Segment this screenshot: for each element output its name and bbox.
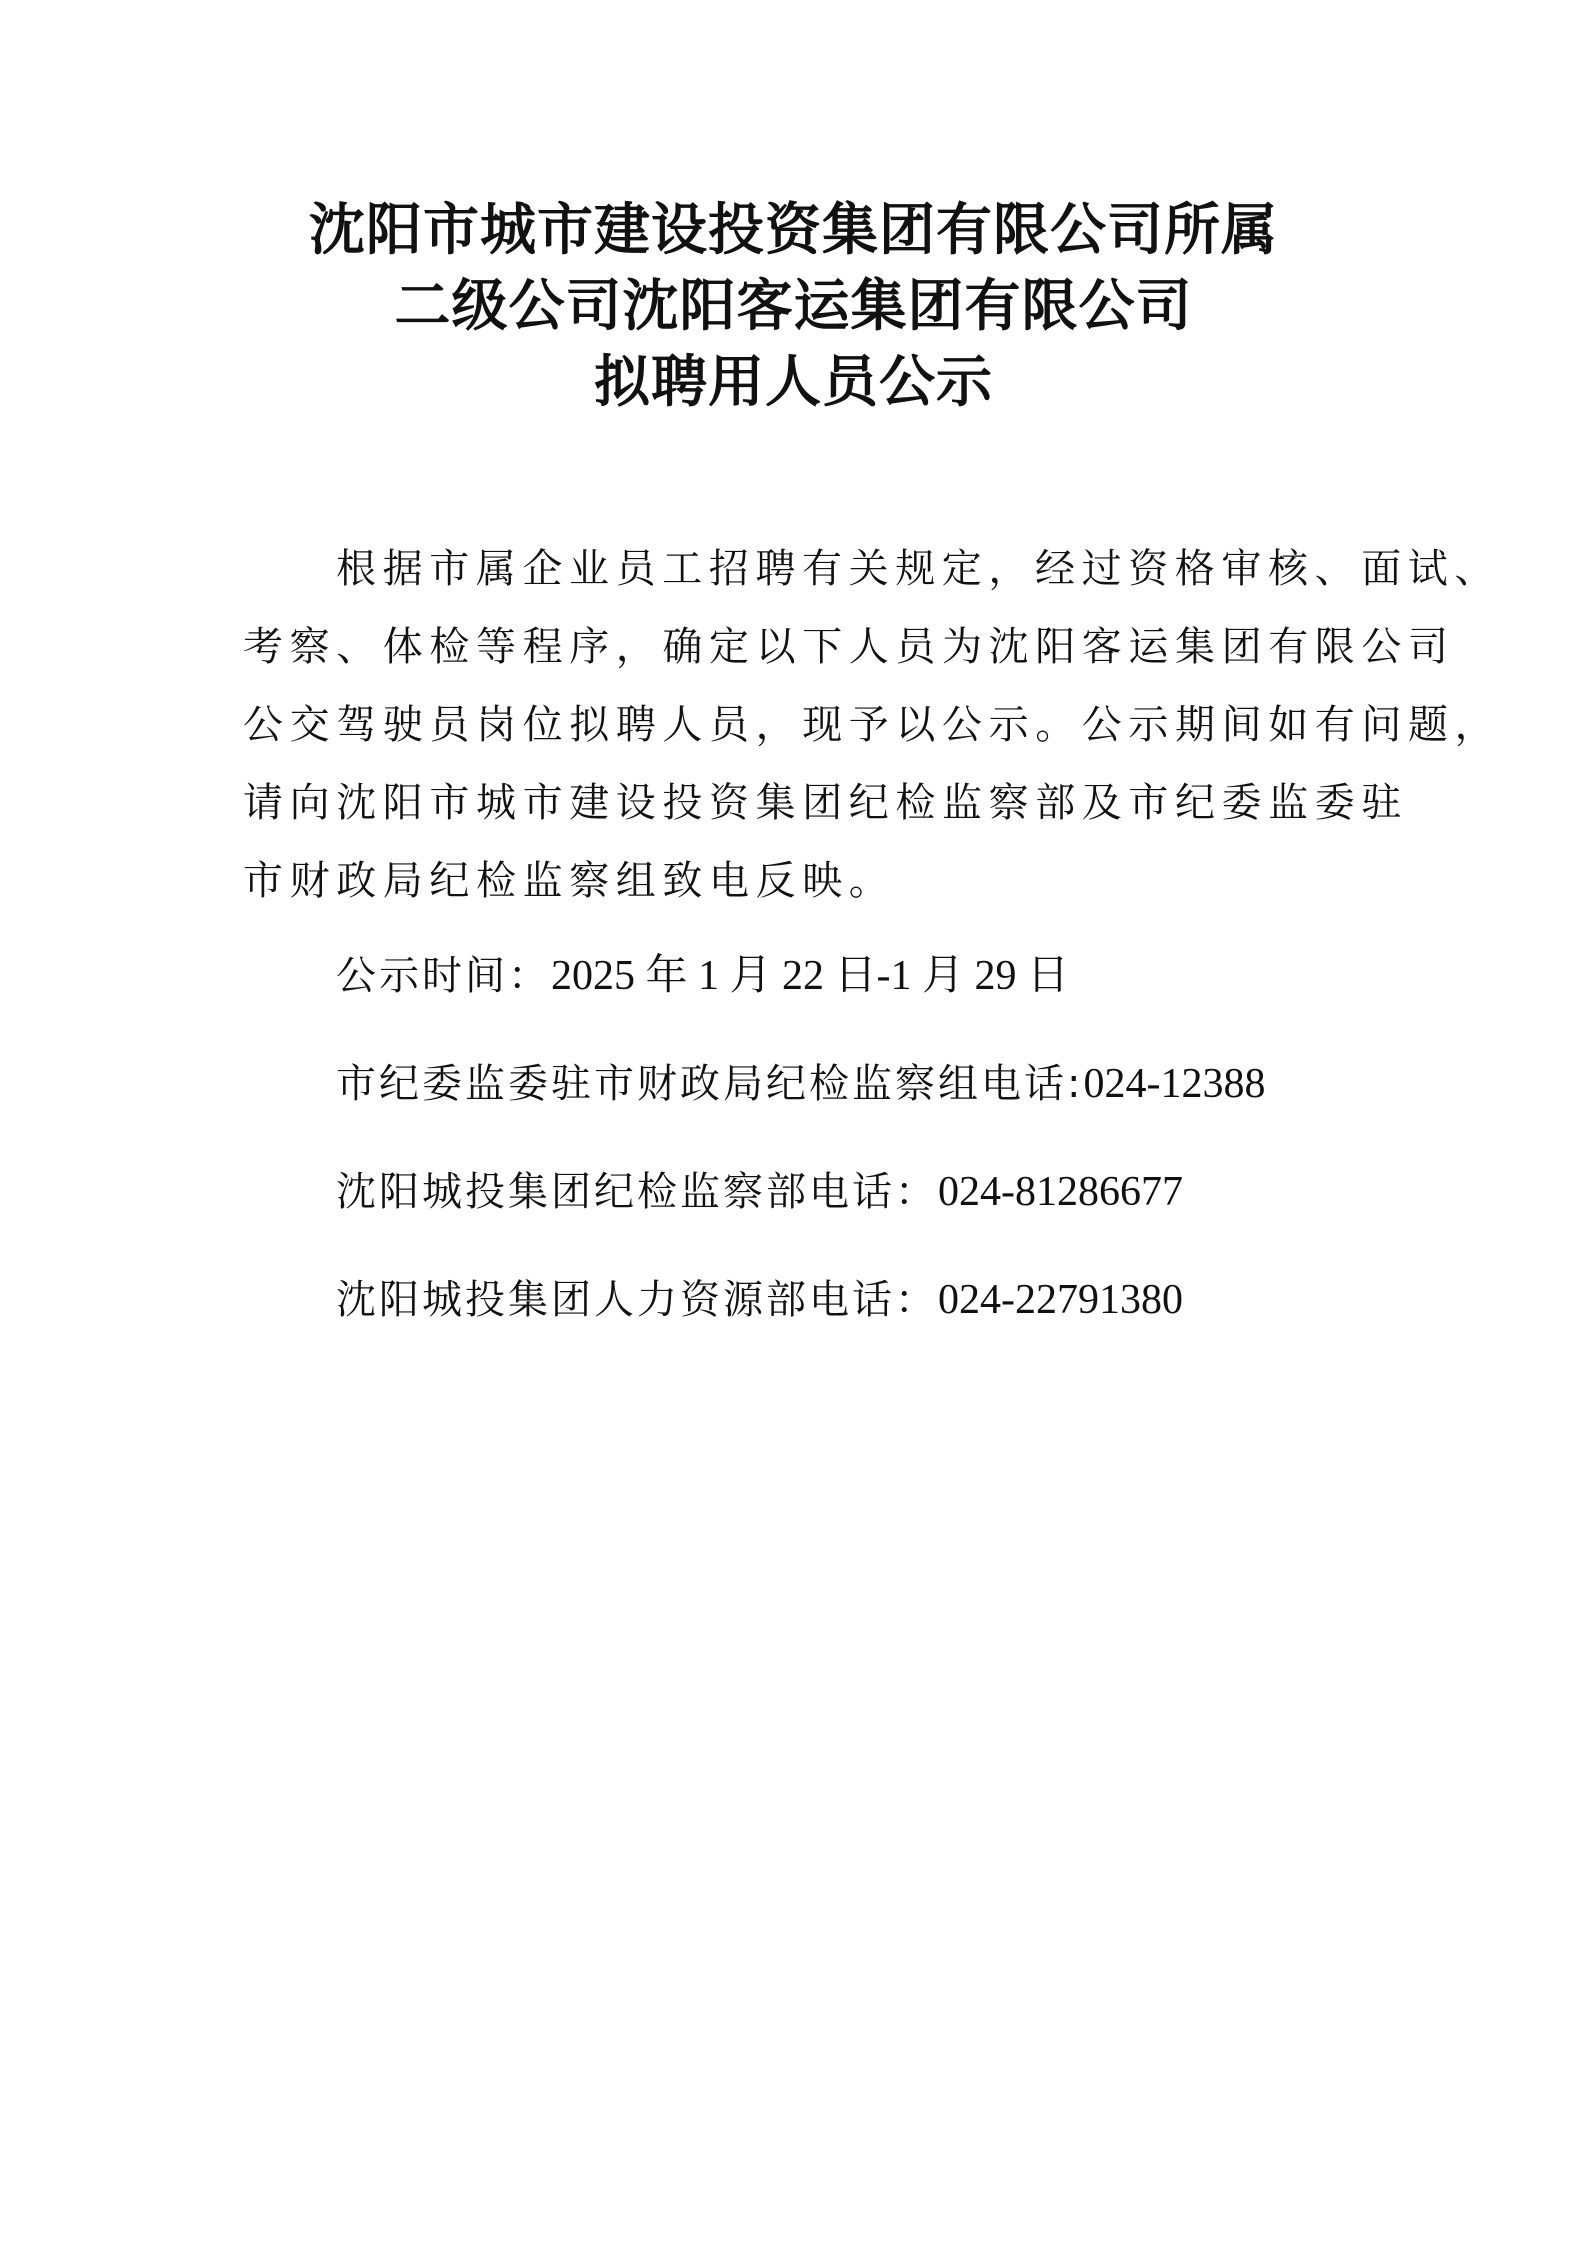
contact-hr-dept: 沈阳城投集团人力资源部电话：024-22791380 <box>336 1274 1183 1326</box>
document-title: 沈阳市城市建设投资集团有限公司所属 二级公司沈阳客运集团有限公司 拟聘用人员公示 <box>0 192 1587 420</box>
body-line-3: 公交驾驶员岗位拟聘人员，现予以公示。公示期间如有问题， <box>243 686 1353 764</box>
contact-phone: 024-22791380 <box>938 1277 1183 1323</box>
contact-phone: 024-12388 <box>1083 1061 1265 1107</box>
title-line-2: 二级公司沈阳客运集团有限公司 <box>0 268 1587 344</box>
body-line-4: 请向沈阳市城市建设投资集团纪检监察部及市纪委监委驻 <box>243 764 1353 842</box>
contact-label: 市纪委监委驻市财政局纪检监察组电话: <box>336 1061 1083 1107</box>
title-line-1: 沈阳市城市建设投资集团有限公司所属 <box>0 192 1587 268</box>
document-page: 沈阳市城市建设投资集团有限公司所属 二级公司沈阳客运集团有限公司 拟聘用人员公示… <box>0 0 1587 2245</box>
body-line-5: 市财政局纪检监察组致电反映。 <box>243 842 1353 920</box>
body-line-2: 考察、体检等程序，确定以下人员为沈阳客运集团有限公司 <box>243 608 1353 686</box>
contact-discipline-finance: 市纪委监委驻市财政局纪检监察组电话:024-12388 <box>336 1058 1265 1110</box>
contact-label: 沈阳城投集团纪检监察部电话： <box>336 1169 938 1215</box>
title-line-3: 拟聘用人员公示 <box>0 344 1587 420</box>
publicity-period-value: 2025 年 1 月 22 日-1 月 29 日 <box>551 953 1069 999</box>
contact-discipline-dept: 沈阳城投集团纪检监察部电话：024-81286677 <box>336 1166 1183 1218</box>
contact-phone: 024-81286677 <box>938 1169 1183 1215</box>
body-line-1: 根据市属企业员工招聘有关规定，经过资格审核、面试、 <box>243 530 1353 608</box>
publicity-period-label: 公示时间： <box>336 953 551 999</box>
publicity-period: 公示时间：2025 年 1 月 22 日-1 月 29 日 <box>336 950 1069 1002</box>
body-paragraph: 根据市属企业员工招聘有关规定，经过资格审核、面试、 考察、体检等程序，确定以下人… <box>243 530 1353 920</box>
contact-label: 沈阳城投集团人力资源部电话： <box>336 1277 938 1323</box>
